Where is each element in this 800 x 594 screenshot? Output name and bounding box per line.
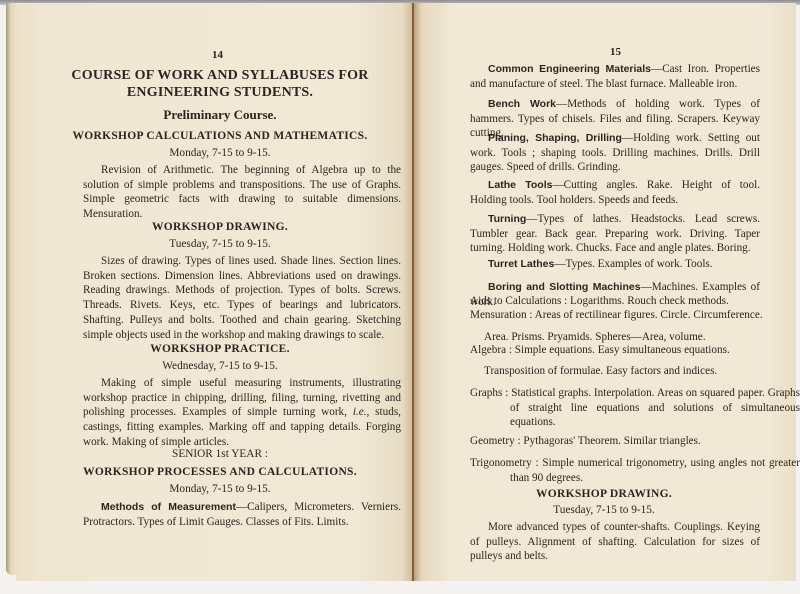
topic-paragraph: Lathe Tools—Cutting angles. Rake. Height…: [470, 178, 760, 207]
topic-paragraph: Common Engineering Materials—Cast Iron. …: [470, 62, 760, 91]
topic-label: Methods of Measurement: [101, 501, 236, 513]
body-italic: i.e.,: [353, 406, 369, 418]
title-line-1: COURSE OF WORK AND SYLLABUSES FOR: [36, 67, 404, 84]
section-heading: WORKSHOP CALCULATIONS AND MATHEMATICS.: [36, 129, 404, 144]
topic-paragraph: Turning—Types of lathes. Headstocks. Lea…: [470, 212, 760, 256]
graphs-paragraph: Graphs : Statistical graphs. Interpolati…: [470, 386, 800, 430]
section-body: Revision of Arithmetic. The beginning of…: [83, 163, 401, 222]
algebra-line: Algebra : Simple equations. Easy simulta…: [470, 343, 770, 358]
topic-paragraph: Planing, Shaping, Drilling—Holding work.…: [470, 131, 760, 175]
section-heading: WORKSHOP PROCESSES AND CALCULATIONS.: [36, 465, 404, 480]
body-text: —Types. Examples of work. Tools.: [554, 258, 712, 270]
section-body: Making of simple useful measuring instru…: [83, 376, 401, 450]
title-line-2: ENGINEERING STUDENTS.: [36, 84, 404, 101]
topic-label: Turret Lathes: [488, 258, 554, 270]
topic-label: Planing, Shaping, Drilling: [488, 132, 622, 144]
section-schedule: Tuesday, 7-15 to 9-15.: [454, 503, 754, 518]
left-page: 14 COURSE OF WORK AND SYLLABUSES FOR ENG…: [16, 3, 414, 581]
section-body: More advanced types of counter-shafts. C…: [470, 520, 760, 564]
topic-label: Turning: [488, 213, 526, 225]
algebra-continued: Transposition of formulae. Easy factors …: [484, 364, 774, 379]
topic-label: Common Engineering Materials: [488, 63, 651, 75]
section-body: Methods of Measurement—Calipers, Microme…: [83, 500, 401, 529]
page-number: 15: [610, 46, 621, 58]
document-title: COURSE OF WORK AND SYLLABUSES FOR ENGINE…: [36, 67, 404, 101]
mensuration-line: Mensuration : Areas of rectilinear figur…: [470, 308, 770, 323]
topic-label: Bench Work: [488, 98, 556, 110]
topic-paragraph: Turret Lathes—Types. Examples of work. T…: [470, 257, 760, 272]
section-schedule: Tuesday, 7-15 to 9-15.: [36, 237, 404, 252]
section-body: Sizes of drawing. Types of lines used. S…: [83, 254, 401, 342]
section-heading: WORKSHOP PRACTICE.: [36, 342, 404, 357]
topic-label: Boring and Slotting Machines: [488, 281, 641, 293]
trigonometry-paragraph: Trigonometry : Simple numerical trigonom…: [470, 456, 800, 485]
right-page: 15 Common Engineering Materials—Cast Iro…: [414, 3, 796, 581]
course-subtitle: Preliminary Course.: [36, 108, 404, 123]
section-heading: WORKSHOP DRAWING.: [36, 220, 404, 235]
aids-line: Aids to Calculations : Logarithms. Rouch…: [470, 294, 770, 309]
section-schedule: Monday, 7-15 to 9-15.: [36, 146, 404, 161]
geometry-line: Geometry : Pythagoras' Theorem. Similar …: [470, 434, 770, 449]
section-heading: WORKSHOP DRAWING.: [454, 487, 754, 502]
open-booklet: 14 COURSE OF WORK AND SYLLABUSES FOR ENG…: [6, 3, 796, 584]
senior-year-label: SENIOR 1st YEAR :: [36, 447, 404, 462]
topic-label: Lathe Tools: [488, 179, 552, 191]
section-schedule: Monday, 7-15 to 9-15.: [36, 482, 404, 497]
page-number: 14: [212, 49, 223, 61]
section-schedule: Wednesday, 7-15 to 9-15.: [36, 359, 404, 374]
